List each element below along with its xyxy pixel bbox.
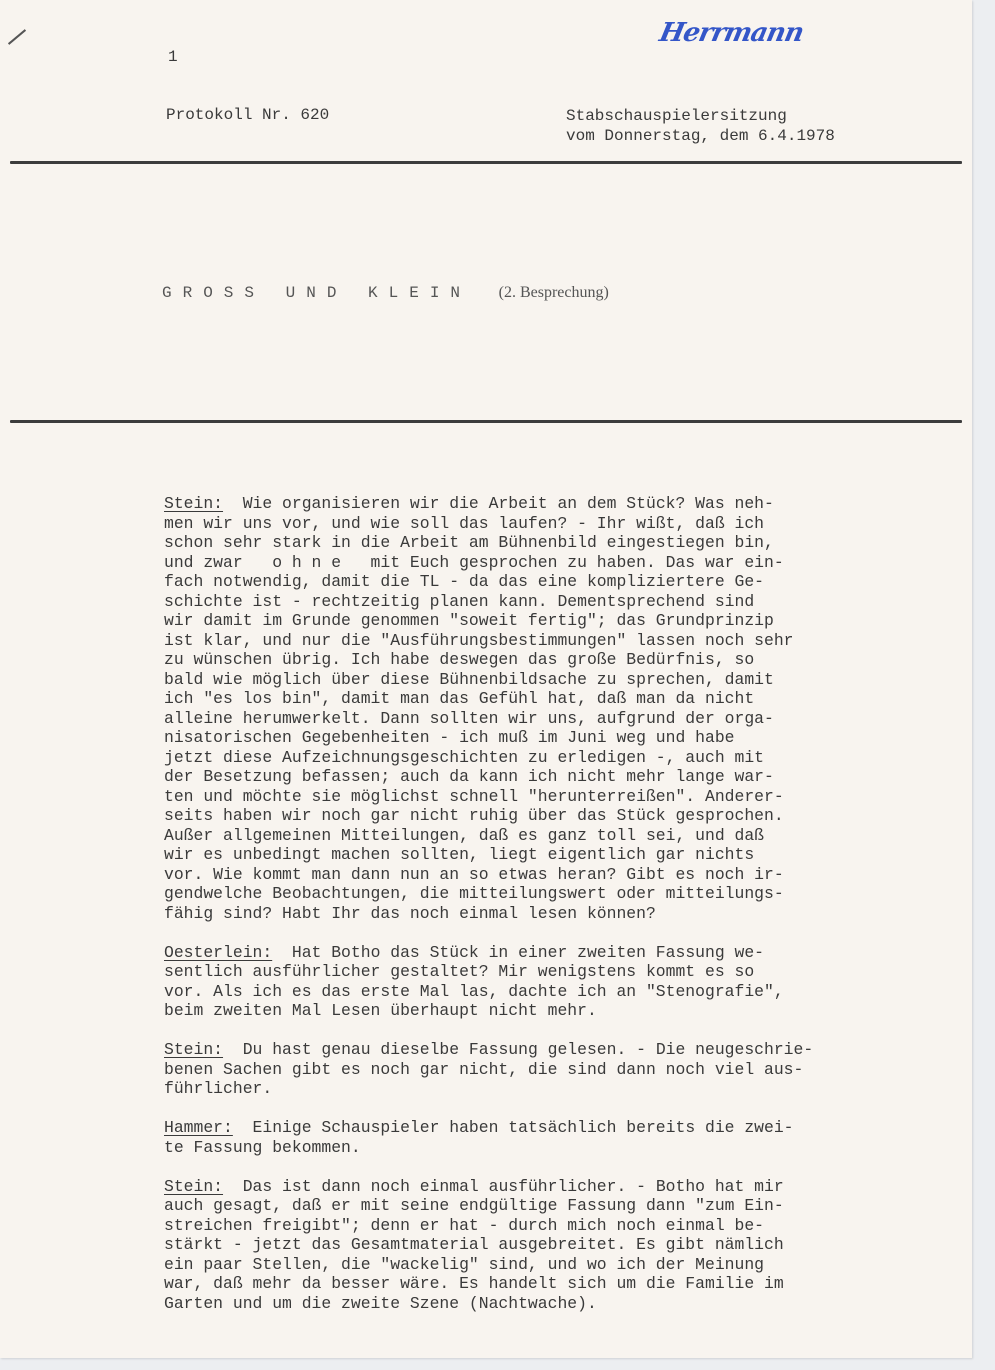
speaker-paragraph: Stein: Wie organisieren wir die Arbeit a… <box>164 494 954 923</box>
speaker-name: Stein: <box>164 494 223 513</box>
meeting-info: Stabschauspielersitzung vom Donnerstag, … <box>566 106 835 146</box>
speaker-name: Oesterlein: <box>164 943 272 962</box>
speaker-paragraph: Oesterlein: Hat Botho das Stück in einer… <box>164 943 954 1021</box>
speaker-text: Wie organisieren wir die Arbeit an dem S… <box>164 494 794 923</box>
document-title: GROSS UND KLEIN (2. Besprechung) <box>162 284 609 302</box>
top-divider <box>10 161 962 164</box>
page-number: 1 <box>168 48 178 66</box>
speaker-text: Das ist dann noch einmal ausführlicher. … <box>164 1177 784 1313</box>
speaker-paragraph: Stein: Das ist dann noch einmal ausführl… <box>164 1177 954 1314</box>
protocol-number: Protokoll Nr. 620 <box>166 106 329 124</box>
speaker-name: Stein: <box>164 1040 223 1059</box>
transcript-body: Stein: Wie organisieren wir die Arbeit a… <box>164 494 954 1333</box>
speaker-name: Stein: <box>164 1177 223 1196</box>
speaker-text: Du hast genau dieselbe Fassung gelesen. … <box>164 1040 813 1098</box>
session-subtitle: (2. Besprechung) <box>499 284 609 301</box>
title-divider <box>10 420 962 423</box>
speaker-name: Hammer: <box>164 1118 233 1137</box>
speaker-text: Einige Schauspieler haben tatsächlich be… <box>164 1118 794 1157</box>
speaker-paragraph: Hammer: Einige Schauspieler haben tatsäc… <box>164 1118 954 1157</box>
speaker-paragraph: Stein: Du hast genau dieselbe Fassung ge… <box>164 1040 954 1099</box>
play-title: GROSS UND KLEIN <box>162 284 471 302</box>
document-page: Herrmann 1 Protokoll Nr. 620 Stabschausp… <box>0 0 972 1358</box>
meeting-title: Stabschauspielersitzung <box>566 106 835 126</box>
handwritten-name: Herrmann <box>657 18 806 48</box>
meeting-date: vom Donnerstag, dem 6.4.1978 <box>566 126 835 146</box>
pen-mark <box>8 29 26 45</box>
